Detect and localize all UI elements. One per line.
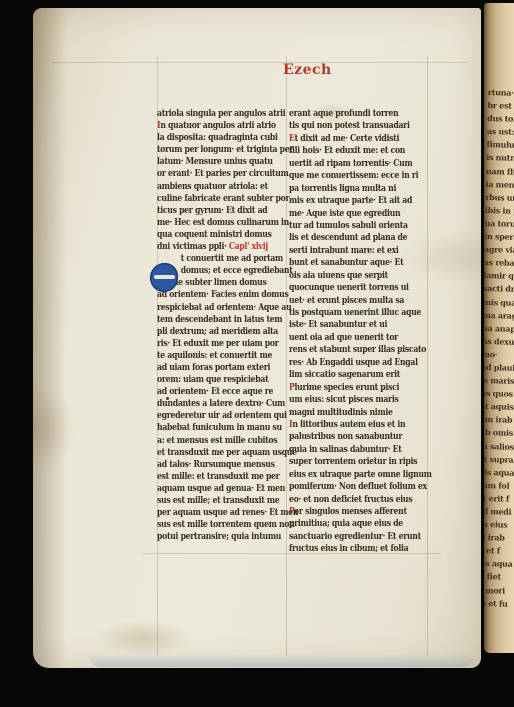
text-line: ad talos· Rursumque mensus	[157, 460, 273, 472]
text-line: me· Aque iste que egrediun	[289, 209, 412, 221]
text-fragment: mo·	[484, 349, 514, 363]
text-fragment: na et fu	[484, 598, 514, 612]
text-fragment: in sperant	[484, 231, 514, 245]
text-line: In quatuor angulos atrii atrio	[157, 121, 273, 133]
text-line: Per singulos menses afferent	[289, 507, 412, 519]
text-line: erant aque profundi torren	[289, 109, 412, 121]
text-line: ad orientem· Facies enim domus	[157, 290, 273, 302]
text-fragment: us quos	[484, 388, 514, 402]
text-line: ad uiam foras portam exteri	[157, 363, 273, 375]
text-line: um eius: sicut pisces maris	[289, 395, 412, 407]
text-fragment: as rebaia	[484, 257, 514, 271]
ink-spot	[166, 397, 169, 400]
text-line: quia in salinas dabuntur· Et	[289, 445, 412, 457]
text-line: uet· et erunt pisces multa sa	[289, 296, 412, 308]
text-line: pli dextrum; ad meridiem alta	[157, 327, 273, 339]
text-line: culine fabricate erant subter por	[157, 194, 273, 206]
text-line: egrederetur uir ad orientem qui	[157, 411, 273, 423]
text-line: In littoribus autem eius et in	[289, 420, 412, 432]
text-fragment: am irab	[484, 414, 514, 428]
text-line: fili hois· Et eduxit me: et con	[289, 146, 412, 158]
text-fragment: lamir que	[484, 270, 514, 284]
text-line: que me conuertissem: ecce in ri	[289, 171, 412, 183]
text-line: bunt et sanabuntur aque· Et	[289, 258, 412, 270]
rubricated-capital: P	[289, 507, 294, 517]
text-line: pomiferum· Non defluet folium ex	[289, 482, 412, 494]
text-line: ticus per gyrum· Et dixit ad	[157, 206, 273, 218]
text-fragment: nis aqua	[484, 467, 514, 481]
text-line: dni victimas ppli· Capl' xlvij	[157, 242, 273, 254]
text-line: atriola singula per angulos atrii	[157, 109, 273, 121]
text-line: me· Hec est domus culinarum in	[157, 218, 273, 230]
rubricated-capital: E	[289, 134, 295, 144]
text-fragment: mis quam	[484, 296, 514, 310]
text-fragment: br est torri	[487, 100, 514, 114]
text-line: a: et mensus est mille cubitos	[157, 436, 273, 448]
text-line: palustribus non sanabuntur	[289, 432, 412, 444]
text-line: res· Ab Engaddi usque ad Engal	[289, 358, 412, 370]
text-line: fructus eius in cibum; et folia	[289, 544, 412, 556]
text-line: uent oia ad que uenerit tor	[289, 333, 412, 345]
text-line: latum· Mensure unius quatu	[157, 157, 273, 169]
ruling-line	[51, 62, 467, 63]
next-page-text-fragments: rtuna·br est torridus torruas ust: quafi…	[484, 87, 514, 612]
text-fragment: ns dexu	[484, 336, 514, 350]
text-line: orem: uiam que respiciebat	[157, 375, 273, 387]
text-fragment: is nutri d	[486, 152, 514, 166]
text-fragment: agre via d	[484, 244, 514, 258]
text-line: Et dixit ad me· Certe vidisti	[289, 134, 412, 146]
text-line: torum per longum· et triginta per	[157, 145, 273, 157]
text-line: uertit ad ripam torrentis· Cum	[289, 159, 412, 171]
text-column-right: erant aque profundi torrentis qui non po…	[289, 109, 429, 557]
text-line: sus est mille torrentem quem non	[157, 520, 273, 532]
text-line: lim siccatio sagenarum erit	[289, 370, 412, 382]
text-line: tis qui non potest transuadari	[289, 121, 412, 133]
text-line: sus est mille; et transduxit me	[157, 496, 273, 508]
text-line: ris· Et eduxit me per uiam por	[157, 339, 273, 351]
text-fragment: rbus uris	[485, 192, 514, 206]
text-column-left: atriola singula per angulos atriiIn quat…	[157, 109, 289, 544]
running-header: Ezech	[283, 62, 332, 78]
text-line: t conuertit me ad portam	[157, 254, 273, 266]
text-fragment: ia mensi u	[485, 179, 514, 193]
text-fragment: ma aqua	[484, 558, 514, 572]
text-fragment: ibis in pol	[485, 205, 514, 219]
text-line: super torrentem orietur in ripis	[289, 457, 412, 469]
text-fragment: ub omis	[484, 427, 514, 441]
text-line: tem descendebant in latus tem	[157, 315, 273, 327]
text-line: eo· et non deficiet fructus eius	[289, 495, 412, 507]
manuscript-page: Ezech atriola singula per angulos atriiI…	[33, 8, 481, 668]
text-line: iste· Et sanabuntur et ui	[289, 320, 412, 332]
text-line: dundantes a latere dextro· Cum	[157, 399, 273, 411]
text-fragment: is mori	[484, 584, 514, 598]
text-line: lis et descendunt ad plana de	[289, 233, 412, 245]
text-fragment: ad plaui	[484, 362, 514, 376]
text-fragment: nam fluis	[486, 166, 514, 180]
text-line: la disposita: quadraginta cubi	[157, 133, 273, 145]
text-line: respiciebat ad orientem· Aque au	[157, 303, 273, 315]
chapter-rubric: Capl' xlvij	[226, 242, 267, 252]
text-line: Plurime species erunt pisci	[289, 383, 412, 395]
text-line: te aquilonis: et conuertit me	[157, 351, 273, 363]
text-line: ois aia uiuens que serpit	[289, 271, 412, 283]
text-line: tur ad tumulos sabuli orienta	[289, 221, 412, 233]
text-fragment: et erit f	[484, 493, 514, 507]
text-fragment: et supra	[484, 454, 514, 468]
text-fragment: ul irab	[484, 532, 514, 546]
text-fragment: rtuna·	[488, 87, 514, 101]
text-line: mis ex utraque parte· Et ait ad	[289, 196, 412, 208]
text-line: rens et stabunt super illas piscato	[289, 345, 412, 357]
text-line: aquam usque ad genua· Et men	[157, 484, 273, 496]
text-fragment: et aquis	[484, 401, 514, 415]
text-line: serti intrabunt mare: et exi	[289, 246, 412, 258]
text-fragment: dus torru	[487, 113, 514, 127]
text-line: qua coquent ministri domus	[157, 230, 273, 242]
text-fragment: is et f	[484, 545, 514, 559]
rubricated-capital: P	[289, 383, 295, 393]
text-line: ad orientem· Et ecce aque re	[157, 387, 273, 399]
text-line: et transduxit me per aquam usque	[157, 448, 273, 460]
illuminated-initial: E	[150, 263, 178, 292]
text-line: magni multitudinis nimie	[289, 408, 412, 420]
rubricated-capital: I	[289, 420, 292, 430]
text-fragment: is maris	[484, 375, 514, 389]
next-page-edge: rtuna·br est torridus torruas ust: quafi…	[484, 3, 514, 653]
text-fragment: rum fol	[484, 480, 514, 494]
text-line: ambiens quatuor atriola: et	[157, 182, 273, 194]
text-line: or erant· Et paries per circuitum	[157, 169, 273, 181]
text-fragment: na anap	[484, 323, 514, 337]
text-line: sanctuario egredientur· Et erunt	[289, 532, 412, 544]
text-fragment: ua torum	[484, 218, 514, 232]
text-line: tis postquam uenerint illuc aque	[289, 308, 412, 320]
rubricated-capital: I	[157, 121, 160, 131]
text-fragment: et fiet	[484, 571, 514, 585]
text-fragment: as ust: qua	[487, 126, 514, 140]
text-line: pa torrentis ligna multa ni	[289, 184, 412, 196]
text-fragment: sacti dr	[484, 283, 514, 297]
text-line: habebat funiculum in manu su	[157, 423, 273, 435]
text-fragment: na eius	[484, 519, 514, 533]
text-line: est mille: et transduxit me per	[157, 472, 273, 484]
text-fragment: ma arag	[484, 310, 514, 324]
text-fragment: in salios	[484, 440, 514, 454]
text-fragment: fimulum d	[486, 139, 514, 153]
text-line: eius ex utraque parte omne lignum	[289, 470, 412, 482]
text-fragment: ad medi	[484, 506, 514, 520]
text-line: quocunque uenerit torrens ui	[289, 283, 412, 295]
text-line: potui pertransire; quia intumu	[157, 532, 273, 544]
text-line: per aquam usque ad renes· Et men	[157, 508, 273, 520]
text-line: primitiua; quia aque eius de	[289, 519, 412, 531]
